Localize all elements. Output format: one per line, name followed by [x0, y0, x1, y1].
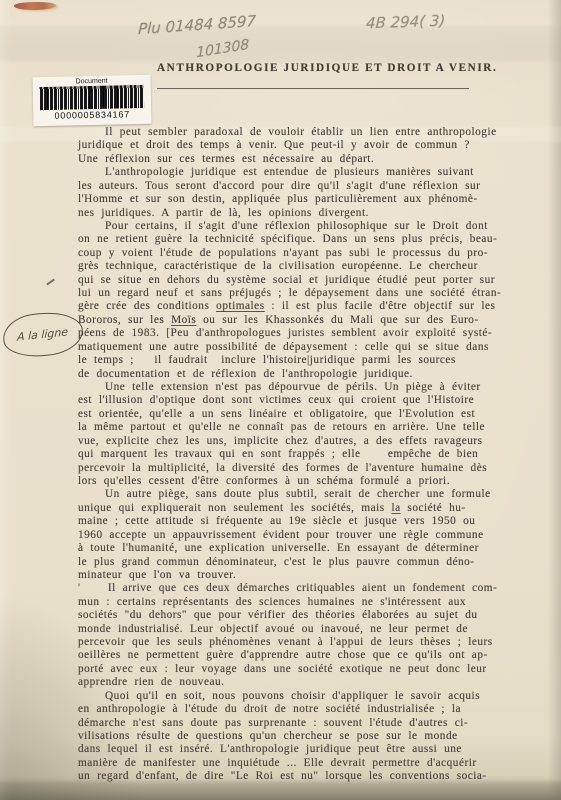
barcode-icon: [40, 85, 144, 110]
text-line: un regard d'enfant, de dire "Le Roi est …: [78, 770, 550, 783]
text-line: qui marquent les travaux qui en sont fra…: [78, 448, 550, 461]
text-line: qui se situe en dehors du système social…: [78, 274, 550, 287]
margin-note-text: A la ligne: [17, 325, 68, 343]
text-line: à toute l'humanité, une explication univ…: [78, 542, 550, 555]
text-line: matiquement une autre possibilité de dép…: [78, 341, 550, 354]
text-line: gère crée des conditions optimales : il …: [78, 300, 550, 313]
text-line: 1960 accepte un appauvrissement évident …: [78, 529, 550, 542]
text-line: Pour certains, il s'agit d'une réflexion…: [78, 220, 550, 233]
text-line: porté avec eux : leur voyage dans une so…: [78, 663, 550, 676]
text-line: est l'illusion d'optique dont sont victi…: [78, 394, 550, 407]
text-line: percevoir que les seuls phénomènes venan…: [78, 636, 550, 649]
barcode-label: Document 0000005834167: [32, 75, 151, 126]
barcode-number: 0000005834167: [33, 109, 151, 121]
text-line: L'anthropologie juridique est entendue d…: [78, 166, 550, 179]
text-line: Un autre piège, sans doute plus subtil, …: [78, 488, 550, 501]
text-line: la même partout et qu'elle ne connaît pa…: [78, 421, 550, 434]
handwritten-shelfmark-3: 4B 294( 3): [366, 12, 446, 33]
text-line: unique qui expliquerait non seulement le…: [78, 502, 550, 515]
text-line: on ne retient guère la technicité spécif…: [78, 233, 550, 246]
title-underline: [157, 88, 469, 89]
body-text: Il peut sembler paradoxal de vouloir éta…: [78, 126, 550, 784]
text-line: apprendre rien de nouveau.: [78, 676, 550, 689]
text-line: percevoir la multiplicité, la diversité …: [78, 462, 550, 475]
text-line: nes juridiques. A partir de là, les opin…: [78, 207, 550, 220]
text-line: manière de manifester une inquiétude ...…: [78, 757, 550, 770]
text-line: démarche n'est sans doute pas surprenant…: [78, 717, 550, 730]
text-line: lui un regard neuf et sans préjugés ; le…: [78, 287, 550, 300]
text-line: vue, explicite chez les uns, implicite c…: [78, 435, 550, 448]
page-title: ANTHROPOLOGIE JURIDIQUE ET DROIT A VENIR…: [157, 62, 497, 74]
text-line: Quoi qu'il en soit, nous pouvons choisir…: [78, 690, 550, 703]
text-line: ' Il arrive que ces deux démarches criti…: [78, 582, 550, 595]
text-line: le plus grand commun dénominateur, c'est…: [78, 556, 550, 569]
margin-note-circle: A la ligne: [1, 309, 85, 360]
text-line: l'Homme et sur son destin, appliquée plu…: [78, 193, 550, 206]
text-line: sociétés "du dehors" que pour vérifier d…: [78, 609, 550, 622]
stain-mark: [14, 1, 56, 10]
text-line: dans lequel il est inséré. L'anthropolog…: [78, 743, 550, 756]
text-line: péens de 1983. [Peu d'anthropologues jur…: [78, 327, 550, 340]
pen-tick-mark: [46, 279, 54, 285]
text-line: Bororos, sur les Moïs ou sur les Khasson…: [78, 314, 550, 327]
text-line: le temps ; il faudrait inclure l'histoir…: [78, 354, 550, 367]
text-line: en anthropologie à l'étude du droit de n…: [78, 703, 550, 716]
text-line: oeillères ne permettent guère d'apprendr…: [78, 649, 550, 662]
text-line: lors qu'elles cessent d'être conformes à…: [78, 475, 550, 488]
text-line: minateur que l'on va trouver.: [78, 569, 550, 582]
text-line: Une réflexion sur ces termes est nécessa…: [78, 153, 550, 166]
text-line: Une telle extension n'est pas dépourvue …: [78, 381, 550, 394]
handwritten-shelfmark-2: 101308: [196, 37, 249, 62]
text-line: vilisations résulte de questions qu'un c…: [78, 730, 550, 743]
text-line: mun : certains représentants des science…: [78, 596, 550, 609]
document-page: Plu 01484 8597 101308 4B 294( 3) Documen…: [0, 0, 561, 800]
handwritten-shelfmark-1: Plu 01484 8597: [138, 12, 257, 38]
text-line: est orientée, qu'elle a un sens linéaire…: [78, 408, 550, 421]
text-line: Il peut sembler paradoxal de vouloir éta…: [78, 126, 550, 139]
text-line: les auteurs. Tous seront d'accord pour d…: [78, 180, 550, 193]
text-line: maine ; cette attitude si fréquente au 1…: [78, 515, 550, 528]
text-line: juridique et droit des temps à venir. Qu…: [78, 139, 550, 152]
text-line: de documentation et de réflexion de l'an…: [78, 368, 550, 381]
text-line: grès technique, caractéristique de la ci…: [78, 260, 550, 273]
text-line: monde industrialisé. Leur objectif avoué…: [78, 623, 550, 636]
text-line: coup y voient l'étude de populations n'a…: [78, 247, 550, 260]
